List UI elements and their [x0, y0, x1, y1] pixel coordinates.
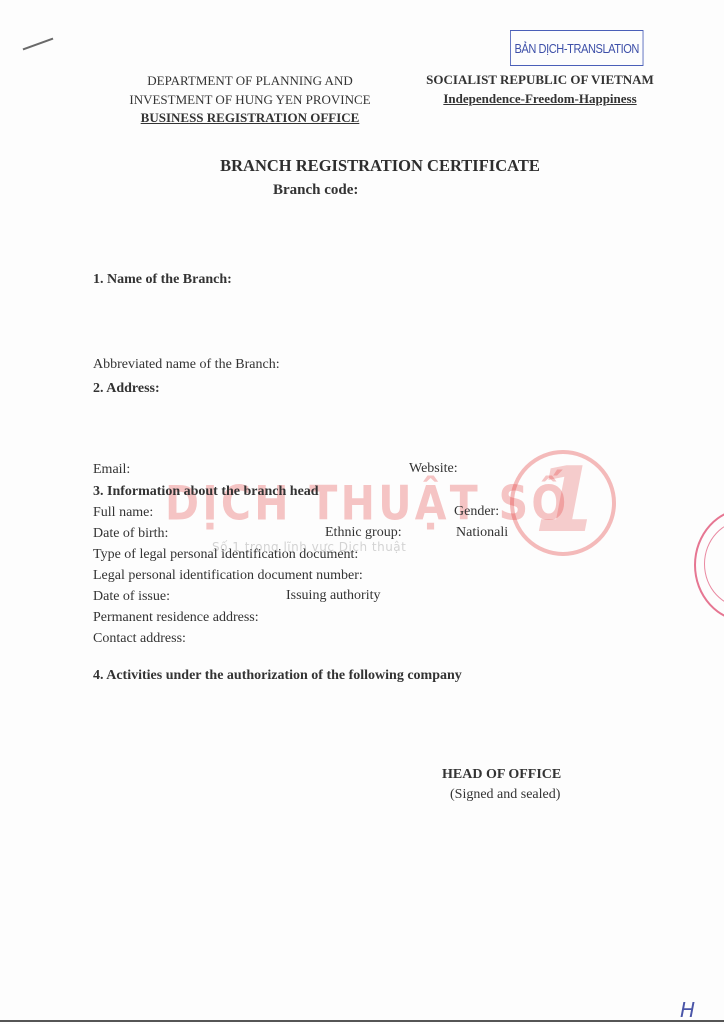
- header-right-motto: Independence-Freedom-Happiness: [412, 90, 668, 109]
- national-header: SOCIALIST REPUBLIC OF VIETNAM Independen…: [412, 71, 668, 108]
- issuing-authority-label: Issuing authority: [286, 588, 381, 604]
- section1-heading: 1. Name of the Branch:: [93, 272, 232, 288]
- initial-mark: H: [680, 998, 695, 1022]
- branch-code-label: Branch code:: [273, 182, 358, 199]
- gender-label: Gender:: [454, 504, 499, 520]
- header-left-line3: BUSINESS REGISTRATION OFFICE: [110, 109, 390, 128]
- dob-label: Date of birth:: [93, 526, 168, 542]
- date-of-issue-label: Date of issue:: [93, 589, 170, 605]
- section2-heading: 2. Address:: [93, 381, 160, 397]
- document-title: BRANCH REGISTRATION CERTIFICATE: [140, 156, 620, 176]
- full-name-label: Full name:: [93, 505, 153, 521]
- signature-subtitle: (Signed and sealed): [450, 787, 560, 803]
- id-number-label: Legal personal identification document n…: [93, 568, 363, 584]
- website-label: Website:: [409, 461, 458, 477]
- email-label: Email:: [93, 462, 130, 478]
- page-bottom-edge: [0, 1020, 724, 1022]
- issuing-authority-header: DEPARTMENT OF PLANNING AND INVESTMENT OF…: [110, 72, 390, 128]
- nationality-label: Nationali: [456, 525, 508, 541]
- section3-heading: 3. Information about the branch head: [93, 484, 319, 500]
- translation-stamp-label: BẢN DỊCH-TRANSLATION: [514, 41, 639, 56]
- header-right-line1: SOCIALIST REPUBLIC OF VIETNAM: [412, 71, 668, 90]
- signature-title: HEAD OF OFFICE: [442, 767, 561, 783]
- contact-address-label: Contact address:: [93, 631, 186, 647]
- header-left-line2: INVESTMENT OF HUNG YEN PROVINCE: [110, 91, 390, 110]
- section4-heading: 4. Activities under the authorization of…: [93, 668, 462, 684]
- pen-mark: [23, 38, 54, 51]
- id-type-label: Type of legal personal identification do…: [93, 547, 358, 563]
- abbreviated-name-label: Abbreviated name of the Branch:: [93, 357, 280, 373]
- header-left-line1: DEPARTMENT OF PLANNING AND: [110, 72, 390, 91]
- translation-stamp: BẢN DỊCH-TRANSLATION: [510, 30, 643, 66]
- permanent-address-label: Permanent residence address:: [93, 610, 259, 626]
- ethnic-group-label: Ethnic group:: [325, 525, 402, 541]
